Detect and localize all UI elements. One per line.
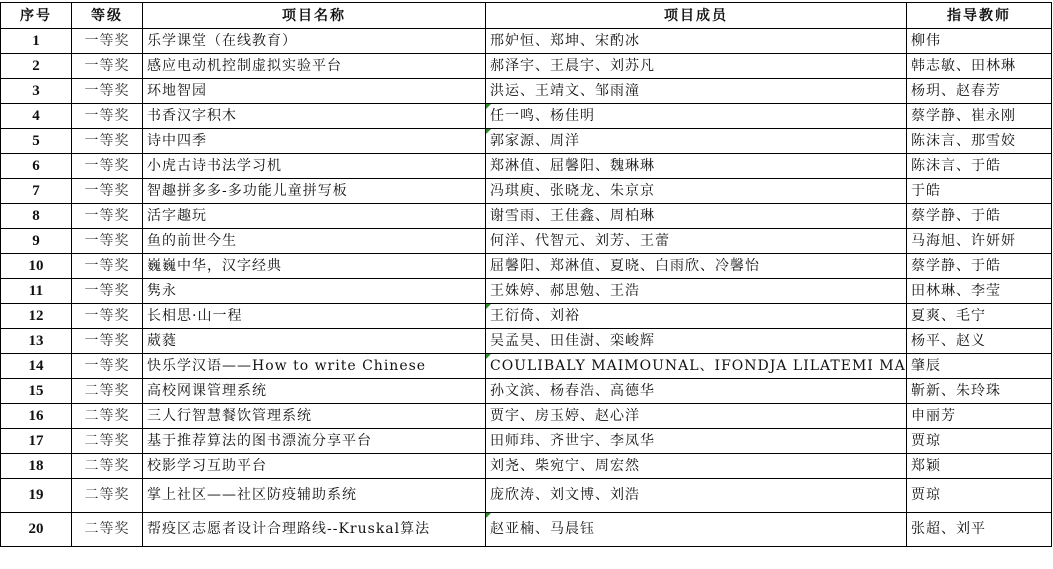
table-row: 19二等奖掌上社区——社区防疫辅助系统庞欣涛、刘文博、刘浩贾琼 (1, 479, 1052, 513)
cell-members[interactable]: 冯琪庾、张晓龙、朱京京 (486, 179, 907, 204)
table-row: 2一等奖感应电动机控制虚拟实验平台郝泽宇、王晨宇、刘苏凡韩志敏、田林琳 (1, 54, 1052, 79)
header-project-name[interactable]: 项目名称 (143, 3, 486, 29)
cell-no[interactable]: 7 (1, 179, 72, 204)
cell-advisor[interactable]: 马海旭、许妍妍 (907, 229, 1052, 254)
cell-advisor[interactable]: 韩志敏、田林琳 (907, 54, 1052, 79)
table-row: 16二等奖三人行智慧餐饮管理系统贾宇、房玉婷、赵心洋申丽芳 (1, 404, 1052, 429)
cell-advisor[interactable]: 郑颖 (907, 454, 1052, 479)
cell-level[interactable]: 二等奖 (72, 404, 143, 429)
cell-advisor[interactable]: 田林琳、李莹 (907, 279, 1052, 304)
cell-members[interactable]: 任一鸣、杨佳明 (486, 104, 907, 129)
header-members[interactable]: 项目成员 (486, 3, 907, 29)
cell-project-name[interactable]: 快乐学汉语——How to write Chinese (143, 354, 486, 379)
cell-advisor[interactable]: 于皓 (907, 179, 1052, 204)
cell-level[interactable]: 一等奖 (72, 179, 143, 204)
cell-level[interactable]: 一等奖 (72, 229, 143, 254)
table-row: 14一等奖快乐学汉语——How to write ChineseCOULIBAL… (1, 354, 1052, 379)
table-row: 4一等奖书香汉字积木任一鸣、杨佳明蔡学静、崔永刚 (1, 104, 1052, 129)
header-level[interactable]: 等级 (72, 3, 143, 29)
cell-project-name[interactable]: 乐学课堂（在线教育） (143, 29, 486, 54)
cell-project-name[interactable]: 隽永 (143, 279, 486, 304)
cell-level[interactable]: 二等奖 (72, 429, 143, 454)
table-row: 5一等奖诗中四季郭家源、周洋陈沫言、那雪姣 (1, 129, 1052, 154)
cell-advisor[interactable]: 蔡学静、崔永刚 (907, 104, 1052, 129)
cell-advisor[interactable]: 杨玥、赵春芳 (907, 79, 1052, 104)
table-row: 10一等奖巍巍中华，汉字经典屈馨阳、郑淋值、夏晓、白雨欣、冷馨怡蔡学静、于皓 (1, 254, 1052, 279)
cell-no[interactable]: 19 (1, 479, 72, 513)
cell-level[interactable]: 一等奖 (72, 329, 143, 354)
cell-level[interactable]: 一等奖 (72, 154, 143, 179)
cell-members[interactable]: 田师玮、齐世宇、李凤华 (486, 429, 907, 454)
cell-project-name[interactable]: 活字趣玩 (143, 204, 486, 229)
cell-advisor[interactable]: 申丽芳 (907, 404, 1052, 429)
table-row: 13一等奖葳蕤吴孟昊、田佳澍、栾峻辉杨平、赵义 (1, 329, 1052, 354)
cell-no[interactable]: 20 (1, 513, 72, 547)
cell-no[interactable]: 11 (1, 279, 72, 304)
cell-level[interactable]: 一等奖 (72, 129, 143, 154)
cell-advisor[interactable]: 肇辰 (907, 354, 1052, 379)
cell-project-name[interactable]: 基于推荐算法的图书漂流分享平台 (143, 429, 486, 454)
cell-level[interactable]: 二等奖 (72, 513, 143, 547)
cell-level[interactable]: 一等奖 (72, 29, 143, 54)
cell-project-name[interactable]: 巍巍中华，汉字经典 (143, 254, 486, 279)
table-row: 1一等奖乐学课堂（在线教育）邢妒恒、郑坤、宋酌冰柳伟 (1, 29, 1052, 54)
cell-no[interactable]: 17 (1, 429, 72, 454)
cell-project-name[interactable]: 三人行智慧餐饮管理系统 (143, 404, 486, 429)
cell-level[interactable]: 一等奖 (72, 104, 143, 129)
cell-level[interactable]: 一等奖 (72, 254, 143, 279)
table-row: 6一等奖小虎古诗书法学习机郑淋值、屈馨阳、魏琳琳陈沫言、于皓 (1, 154, 1052, 179)
cell-level[interactable]: 一等奖 (72, 279, 143, 304)
cell-project-name[interactable]: 环地智园 (143, 79, 486, 104)
cell-level[interactable]: 一等奖 (72, 54, 143, 79)
cell-advisor[interactable]: 张超、刘平 (907, 513, 1052, 547)
cell-no[interactable]: 5 (1, 129, 72, 154)
table-row: 11一等奖隽永王姝婷、郝思勉、王浩田林琳、李莹 (1, 279, 1052, 304)
cell-project-name[interactable]: 长相思·山一程 (143, 304, 486, 329)
cell-members[interactable]: 郑淋值、屈馨阳、魏琳琳 (486, 154, 907, 179)
cell-no[interactable]: 6 (1, 154, 72, 179)
cell-advisor[interactable]: 夏爽、毛宁 (907, 304, 1052, 329)
cell-level[interactable]: 一等奖 (72, 79, 143, 104)
cell-level[interactable]: 一等奖 (72, 354, 143, 379)
table-row: 7一等奖智趣拼多多-多功能儿童拼写板冯琪庾、张晓龙、朱京京于皓 (1, 179, 1052, 204)
cell-members[interactable]: 贾宇、房玉婷、赵心洋 (486, 404, 907, 429)
cell-project-name[interactable]: 校影学习互助平台 (143, 454, 486, 479)
cell-advisor[interactable]: 贾琼 (907, 479, 1052, 513)
cell-advisor[interactable]: 柳伟 (907, 29, 1052, 54)
cell-no[interactable]: 16 (1, 404, 72, 429)
cell-members[interactable]: 洪运、王靖文、邹雨潼 (486, 79, 907, 104)
cell-level[interactable]: 二等奖 (72, 479, 143, 513)
cell-no[interactable]: 1 (1, 29, 72, 54)
cell-no[interactable]: 14 (1, 354, 72, 379)
cell-advisor[interactable]: 蔡学静、于皓 (907, 204, 1052, 229)
cell-members[interactable]: 吴孟昊、田佳澍、栾峻辉 (486, 329, 907, 354)
cell-level[interactable]: 一等奖 (72, 204, 143, 229)
table-row: 20二等奖帮疫区志愿者设计合理路线--Kruskal算法赵亚楠、马晨钰张超、刘平 (1, 513, 1052, 547)
cell-project-name[interactable]: 帮疫区志愿者设计合理路线--Kruskal算法 (143, 513, 486, 547)
cell-advisor[interactable]: 杨平、赵义 (907, 329, 1052, 354)
table-row: 3一等奖环地智园洪运、王靖文、邹雨潼杨玥、赵春芳 (1, 79, 1052, 104)
cell-members[interactable]: COULIBALY MAIMOUNAL、IFONDJA LILATEMI MAR… (486, 354, 907, 379)
table-row: 9一等奖鱼的前世今生何洋、代智元、刘芳、王蕾马海旭、许妍妍 (1, 229, 1052, 254)
cell-project-name[interactable]: 智趣拼多多-多功能儿童拼写板 (143, 179, 486, 204)
cell-members[interactable]: 邢妒恒、郑坤、宋酌冰 (486, 29, 907, 54)
cell-members[interactable]: 屈馨阳、郑淋值、夏晓、白雨欣、冷馨怡 (486, 254, 907, 279)
cell-no[interactable]: 18 (1, 454, 72, 479)
cell-members[interactable]: 郭家源、周洋 (486, 129, 907, 154)
cell-advisor[interactable]: 贾琼 (907, 429, 1052, 454)
header-advisor[interactable]: 指导教师 (907, 3, 1052, 29)
cell-no[interactable]: 13 (1, 329, 72, 354)
table-row: 17二等奖基于推荐算法的图书漂流分享平台田师玮、齐世宇、李凤华贾琼 (1, 429, 1052, 454)
cell-no[interactable]: 8 (1, 204, 72, 229)
cell-members[interactable]: 庞欣涛、刘文博、刘浩 (486, 479, 907, 513)
cell-no[interactable]: 10 (1, 254, 72, 279)
table-row: 15二等奖高校网课管理系统孙文滨、杨春浩、高德华靳新、朱玲珠 (1, 379, 1052, 404)
awards-table: 序号 等级 项目名称 项目成员 指导教师 1一等奖乐学课堂（在线教育）邢妒恒、郑… (0, 2, 1052, 547)
cell-advisor[interactable]: 陈沫言、于皓 (907, 154, 1052, 179)
cell-project-name[interactable]: 高校网课管理系统 (143, 379, 486, 404)
cell-project-name[interactable]: 小虎古诗书法学习机 (143, 154, 486, 179)
cell-members[interactable]: 刘尧、柴宛宁、周宏然 (486, 454, 907, 479)
table-row: 18二等奖校影学习互助平台刘尧、柴宛宁、周宏然郑颖 (1, 454, 1052, 479)
cell-project-name[interactable]: 掌上社区——社区防疫辅助系统 (143, 479, 486, 513)
cell-no[interactable]: 12 (1, 304, 72, 329)
cell-no[interactable]: 15 (1, 379, 72, 404)
cell-level[interactable]: 二等奖 (72, 379, 143, 404)
cell-no[interactable]: 4 (1, 104, 72, 129)
cell-level[interactable]: 一等奖 (72, 304, 143, 329)
cell-members[interactable]: 王姝婷、郝思勉、王浩 (486, 279, 907, 304)
cell-project-name[interactable]: 诗中四季 (143, 129, 486, 154)
table-row: 12一等奖长相思·山一程王衍倚、刘裕夏爽、毛宁 (1, 304, 1052, 329)
cell-project-name[interactable]: 感应电动机控制虚拟实验平台 (143, 54, 486, 79)
cell-members[interactable]: 谢雪雨、王佳鑫、周柏琳 (486, 204, 907, 229)
cell-advisor[interactable]: 靳新、朱玲珠 (907, 379, 1052, 404)
cell-advisor[interactable]: 蔡学静、于皓 (907, 254, 1052, 279)
cell-level[interactable]: 二等奖 (72, 454, 143, 479)
cell-members[interactable]: 何洋、代智元、刘芳、王蕾 (486, 229, 907, 254)
cell-no[interactable]: 2 (1, 54, 72, 79)
cell-members[interactable]: 赵亚楠、马晨钰 (486, 513, 907, 547)
cell-project-name[interactable]: 书香汉字积木 (143, 104, 486, 129)
cell-advisor[interactable]: 陈沫言、那雪姣 (907, 129, 1052, 154)
cell-project-name[interactable]: 葳蕤 (143, 329, 486, 354)
cell-project-name[interactable]: 鱼的前世今生 (143, 229, 486, 254)
table-row: 8一等奖活字趣玩谢雪雨、王佳鑫、周柏琳蔡学静、于皓 (1, 204, 1052, 229)
cell-no[interactable]: 3 (1, 79, 72, 104)
cell-members[interactable]: 王衍倚、刘裕 (486, 304, 907, 329)
cell-members[interactable]: 郝泽宇、王晨宇、刘苏凡 (486, 54, 907, 79)
cell-no[interactable]: 9 (1, 229, 72, 254)
header-no[interactable]: 序号 (1, 3, 72, 29)
cell-members[interactable]: 孙文滨、杨春浩、高德华 (486, 379, 907, 404)
header-row: 序号 等级 项目名称 项目成员 指导教师 (1, 3, 1052, 29)
